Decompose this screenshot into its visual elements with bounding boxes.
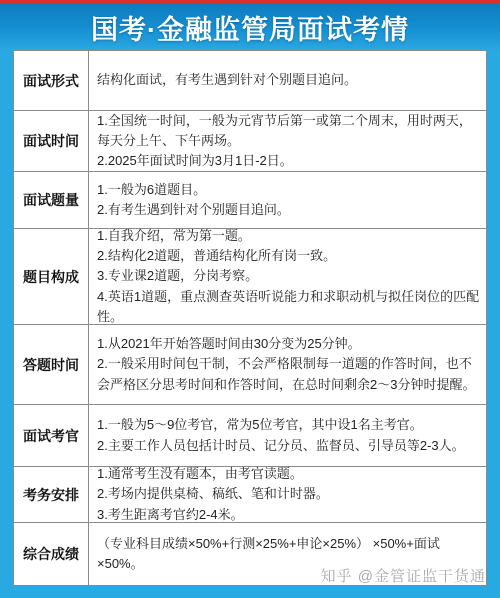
table-row: 答题时间 1.从2021年开始答题时间由30分变为25分钟。 2.一般采用时间包… bbox=[14, 325, 486, 405]
row-label: 题目构成 bbox=[14, 229, 89, 324]
content-line: 4.英语1道题，重点测查英语听说能力和求职动机与拟任岗位的匹配性。 bbox=[97, 287, 480, 327]
row-content: 1.一般为6道题目。 2.有考生遇到针对个别题目追问。 bbox=[89, 172, 486, 228]
exam-info-poster: 国考·金融监管局面试考情 金管证监干货通 金管证监干货通 金管证监干货通 面试形… bbox=[0, 0, 500, 598]
content-line: 2.主要工作人员包括计时员、记分员、监督员、引导员等2-3人。 bbox=[97, 436, 480, 456]
zhihu-watermark: 知乎 @金管证监干货通 bbox=[321, 565, 486, 586]
content-line: 1.从2021年开始答题时间由30分变为25分钟。 bbox=[97, 334, 480, 354]
row-content: 1.通常考生没有题本，由考官读题。 2.考场内提供桌椅、稿纸、笔和计时器。 3.… bbox=[89, 467, 486, 522]
content-line: 2.考场内提供桌椅、稿纸、笔和计时器。 bbox=[97, 484, 480, 504]
content-line: 1.全国统一时间，一般为元宵节后第一或第二个周末，用时两天，每天分上午、下午两场… bbox=[97, 111, 480, 151]
content-line: 1.一般为5～9位考官，常为5位考官，其中设1名主考官。 bbox=[97, 415, 480, 435]
row-label: 面试考官 bbox=[14, 405, 89, 466]
table-row: 考务安排 1.通常考生没有题本，由考官读题。 2.考场内提供桌椅、稿纸、笔和计时… bbox=[14, 467, 486, 523]
table-row: 面试考官 1.一般为5～9位考官，常为5位考官，其中设1名主考官。 2.主要工作… bbox=[14, 405, 486, 467]
content-line: 2.结构化2道题，普通结构化所有岗一致。 bbox=[97, 246, 480, 266]
table-row: 面试形式 结构化面试，有考生遇到针对个别题目追问。 bbox=[14, 51, 486, 111]
content-line: 2.一般采用时间包干制，不会严格限制每一道题的作答时间，也不会严格区分思考时间和… bbox=[97, 354, 480, 394]
exam-info-table: 面试形式 结构化面试，有考生遇到针对个别题目追问。 面试时间 1.全国统一时间，… bbox=[13, 50, 487, 586]
content-line: 1.一般为6道题目。 bbox=[97, 180, 480, 200]
row-content: 结构化面试，有考生遇到针对个别题目追问。 bbox=[89, 51, 486, 110]
row-content: 1.一般为5～9位考官，常为5位考官，其中设1名主考官。 2.主要工作人员包括计… bbox=[89, 405, 486, 466]
content-line: 结构化面试，有考生遇到针对个别题目追问。 bbox=[97, 70, 480, 90]
row-label: 答题时间 bbox=[14, 325, 89, 404]
row-label: 考务安排 bbox=[14, 467, 89, 522]
poster-title: 国考·金融监管局面试考情 bbox=[91, 8, 409, 47]
row-label: 面试形式 bbox=[14, 51, 89, 110]
content-line: 2.有考生遇到针对个别题目追问。 bbox=[97, 200, 480, 220]
row-content: 1.全国统一时间，一般为元宵节后第一或第二个周末，用时两天，每天分上午、下午两场… bbox=[89, 111, 486, 171]
table-row: 题目构成 1.自我介绍，常为第一题。 2.结构化2道题，普通结构化所有岗一致。 … bbox=[14, 229, 486, 325]
table-row: 面试时间 1.全国统一时间，一般为元宵节后第一或第二个周末，用时两天，每天分上午… bbox=[14, 111, 486, 172]
row-content: 1.从2021年开始答题时间由30分变为25分钟。 2.一般采用时间包干制，不会… bbox=[89, 325, 486, 404]
row-label: 面试时间 bbox=[14, 111, 89, 171]
row-label: 面试题量 bbox=[14, 172, 89, 228]
content-line: 1.通常考生没有题本，由考官读题。 bbox=[97, 464, 480, 484]
content-line: 2.2025年面试时间为3月1日-2日。 bbox=[97, 151, 480, 171]
content-line: 3.专业课2道题，分岗考察。 bbox=[97, 266, 480, 286]
content-line: 3.考生距离考官约2-4米。 bbox=[97, 505, 480, 525]
row-label: 综合成绩 bbox=[14, 523, 89, 585]
row-content: 1.自我介绍，常为第一题。 2.结构化2道题，普通结构化所有岗一致。 3.专业课… bbox=[89, 229, 486, 324]
table-row: 面试题量 1.一般为6道题目。 2.有考生遇到针对个别题目追问。 bbox=[14, 172, 486, 229]
content-line: 1.自我介绍，常为第一题。 bbox=[97, 226, 480, 246]
poster-header: 国考·金融监管局面试考情 bbox=[0, 4, 500, 50]
